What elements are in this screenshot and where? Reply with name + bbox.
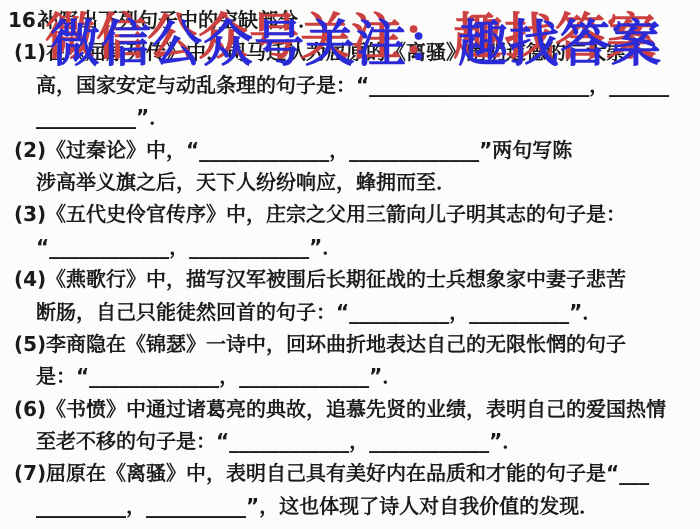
sub-question-7: (7) 屈原在《离骚》中，表明自己具有美好内在品质和才能的句子是“___ ___… bbox=[0, 457, 700, 522]
question-text: 《过秦论》中，“_____________，_____________”两句写陈 bbox=[46, 134, 572, 166]
question-line: 涉高举义旗之后，天下人纷纷响应，蜂拥而至． bbox=[0, 166, 700, 198]
question-text: 在《屈原列传》中，司马迁认为屈原的《离骚》阐明道德的广大崇 bbox=[46, 36, 626, 68]
question-line: “____________，____________”． bbox=[0, 231, 700, 263]
question-line: (1) 在《屈原列传》中，司马迁认为屈原的《离骚》阐明道德的广大崇 bbox=[0, 36, 700, 68]
question-line: 是：“_____________，_____________”． bbox=[0, 360, 700, 392]
question-line: (5) 李商隐在《锦瑟》一诗中，回环曲折地表达自己的无限怅惘的句子 bbox=[0, 328, 700, 360]
question-line: (2) 《过秦论》中，“_____________，_____________”… bbox=[0, 134, 700, 166]
sub-question-2: (2) 《过秦论》中，“_____________，_____________”… bbox=[0, 134, 700, 199]
question-line: __________”． bbox=[0, 101, 700, 133]
sub-question-1: (1) 在《屈原列传》中，司马迁认为屈原的《离骚》阐明道德的广大崇 高，国家安定… bbox=[0, 36, 700, 133]
question-text: 《燕歌行》中，描写汉军被围后长期征战的士兵想象家中妻子悲苦 bbox=[46, 263, 626, 295]
question-text: 《书愤》中通过诸葛亮的典故，追慕先贤的业绩，表明自己的爱国热情 bbox=[46, 393, 666, 425]
question-line: (7) 屈原在《离骚》中，表明自己具有美好内在品质和才能的句子是“___ bbox=[0, 457, 700, 489]
question-line: _________，__________”，这也体现了诗人对自我价值的发现． bbox=[0, 490, 700, 522]
question-text: 《五代史伶官传序》中，庄宗之父用三箭向儿子明其志的句子是： bbox=[46, 198, 626, 230]
sub-question-5-number: (5) bbox=[14, 328, 46, 360]
question-line: (3) 《五代史伶官传序》中，庄宗之父用三箭向儿子明其志的句子是： bbox=[0, 198, 700, 230]
question-16-title: 补写出下列句子中的空缺部分． bbox=[38, 4, 318, 36]
sub-question-2-number: (2) bbox=[14, 134, 46, 166]
question-16-number: 16. bbox=[8, 4, 43, 36]
question-16-heading: 16. 补写出下列句子中的空缺部分． bbox=[0, 4, 700, 36]
sub-question-5: (5) 李商隐在《锦瑟》一诗中，回环曲折地表达自己的无限怅惘的句子 是：“___… bbox=[0, 328, 700, 393]
sub-question-4-number: (4) bbox=[14, 263, 46, 295]
sub-question-4: (4) 《燕歌行》中，描写汉军被围后长期征战的士兵想象家中妻子悲苦 断肠，自己只… bbox=[0, 263, 700, 328]
question-line: 至老不移的句子是：“____________，____________”． bbox=[0, 425, 700, 457]
sub-question-6: (6) 《书愤》中通过诸葛亮的典故，追慕先贤的业绩，表明自己的爱国热情 至老不移… bbox=[0, 393, 700, 458]
sub-question-6-number: (6) bbox=[14, 393, 46, 425]
sub-question-7-number: (7) bbox=[14, 457, 46, 489]
question-line: (4) 《燕歌行》中，描写汉军被围后长期征战的士兵想象家中妻子悲苦 bbox=[0, 263, 700, 295]
question-text: 李商隐在《锦瑟》一诗中，回环曲折地表达自己的无限怅惘的句子 bbox=[46, 328, 626, 360]
sub-question-1-number: (1) bbox=[14, 36, 46, 68]
sub-question-3: (3) 《五代史伶官传序》中，庄宗之父用三箭向儿子明其志的句子是： “_____… bbox=[0, 198, 700, 263]
question-line: 高，国家安定与动乱条理的句子是：“______________________，… bbox=[0, 69, 700, 101]
question-text: 屈原在《离骚》中，表明自己具有美好内在品质和才能的句子是“___ bbox=[46, 457, 649, 489]
question-line: 断肠，自己只能徒然回首的句子：“__________，__________”． bbox=[0, 296, 700, 328]
exam-page: 微信公众号关注：趣找答案 16. 补写出下列句子中的空缺部分． (1) 在《屈原… bbox=[0, 0, 700, 529]
question-line: (6) 《书愤》中通过诸葛亮的典故，追慕先贤的业绩，表明自己的爱国热情 bbox=[0, 393, 700, 425]
sub-question-3-number: (3) bbox=[14, 198, 46, 230]
question-16-block: 16. 补写出下列句子中的空缺部分． (1) 在《屈原列传》中，司马迁认为屈原的… bbox=[0, 4, 700, 522]
